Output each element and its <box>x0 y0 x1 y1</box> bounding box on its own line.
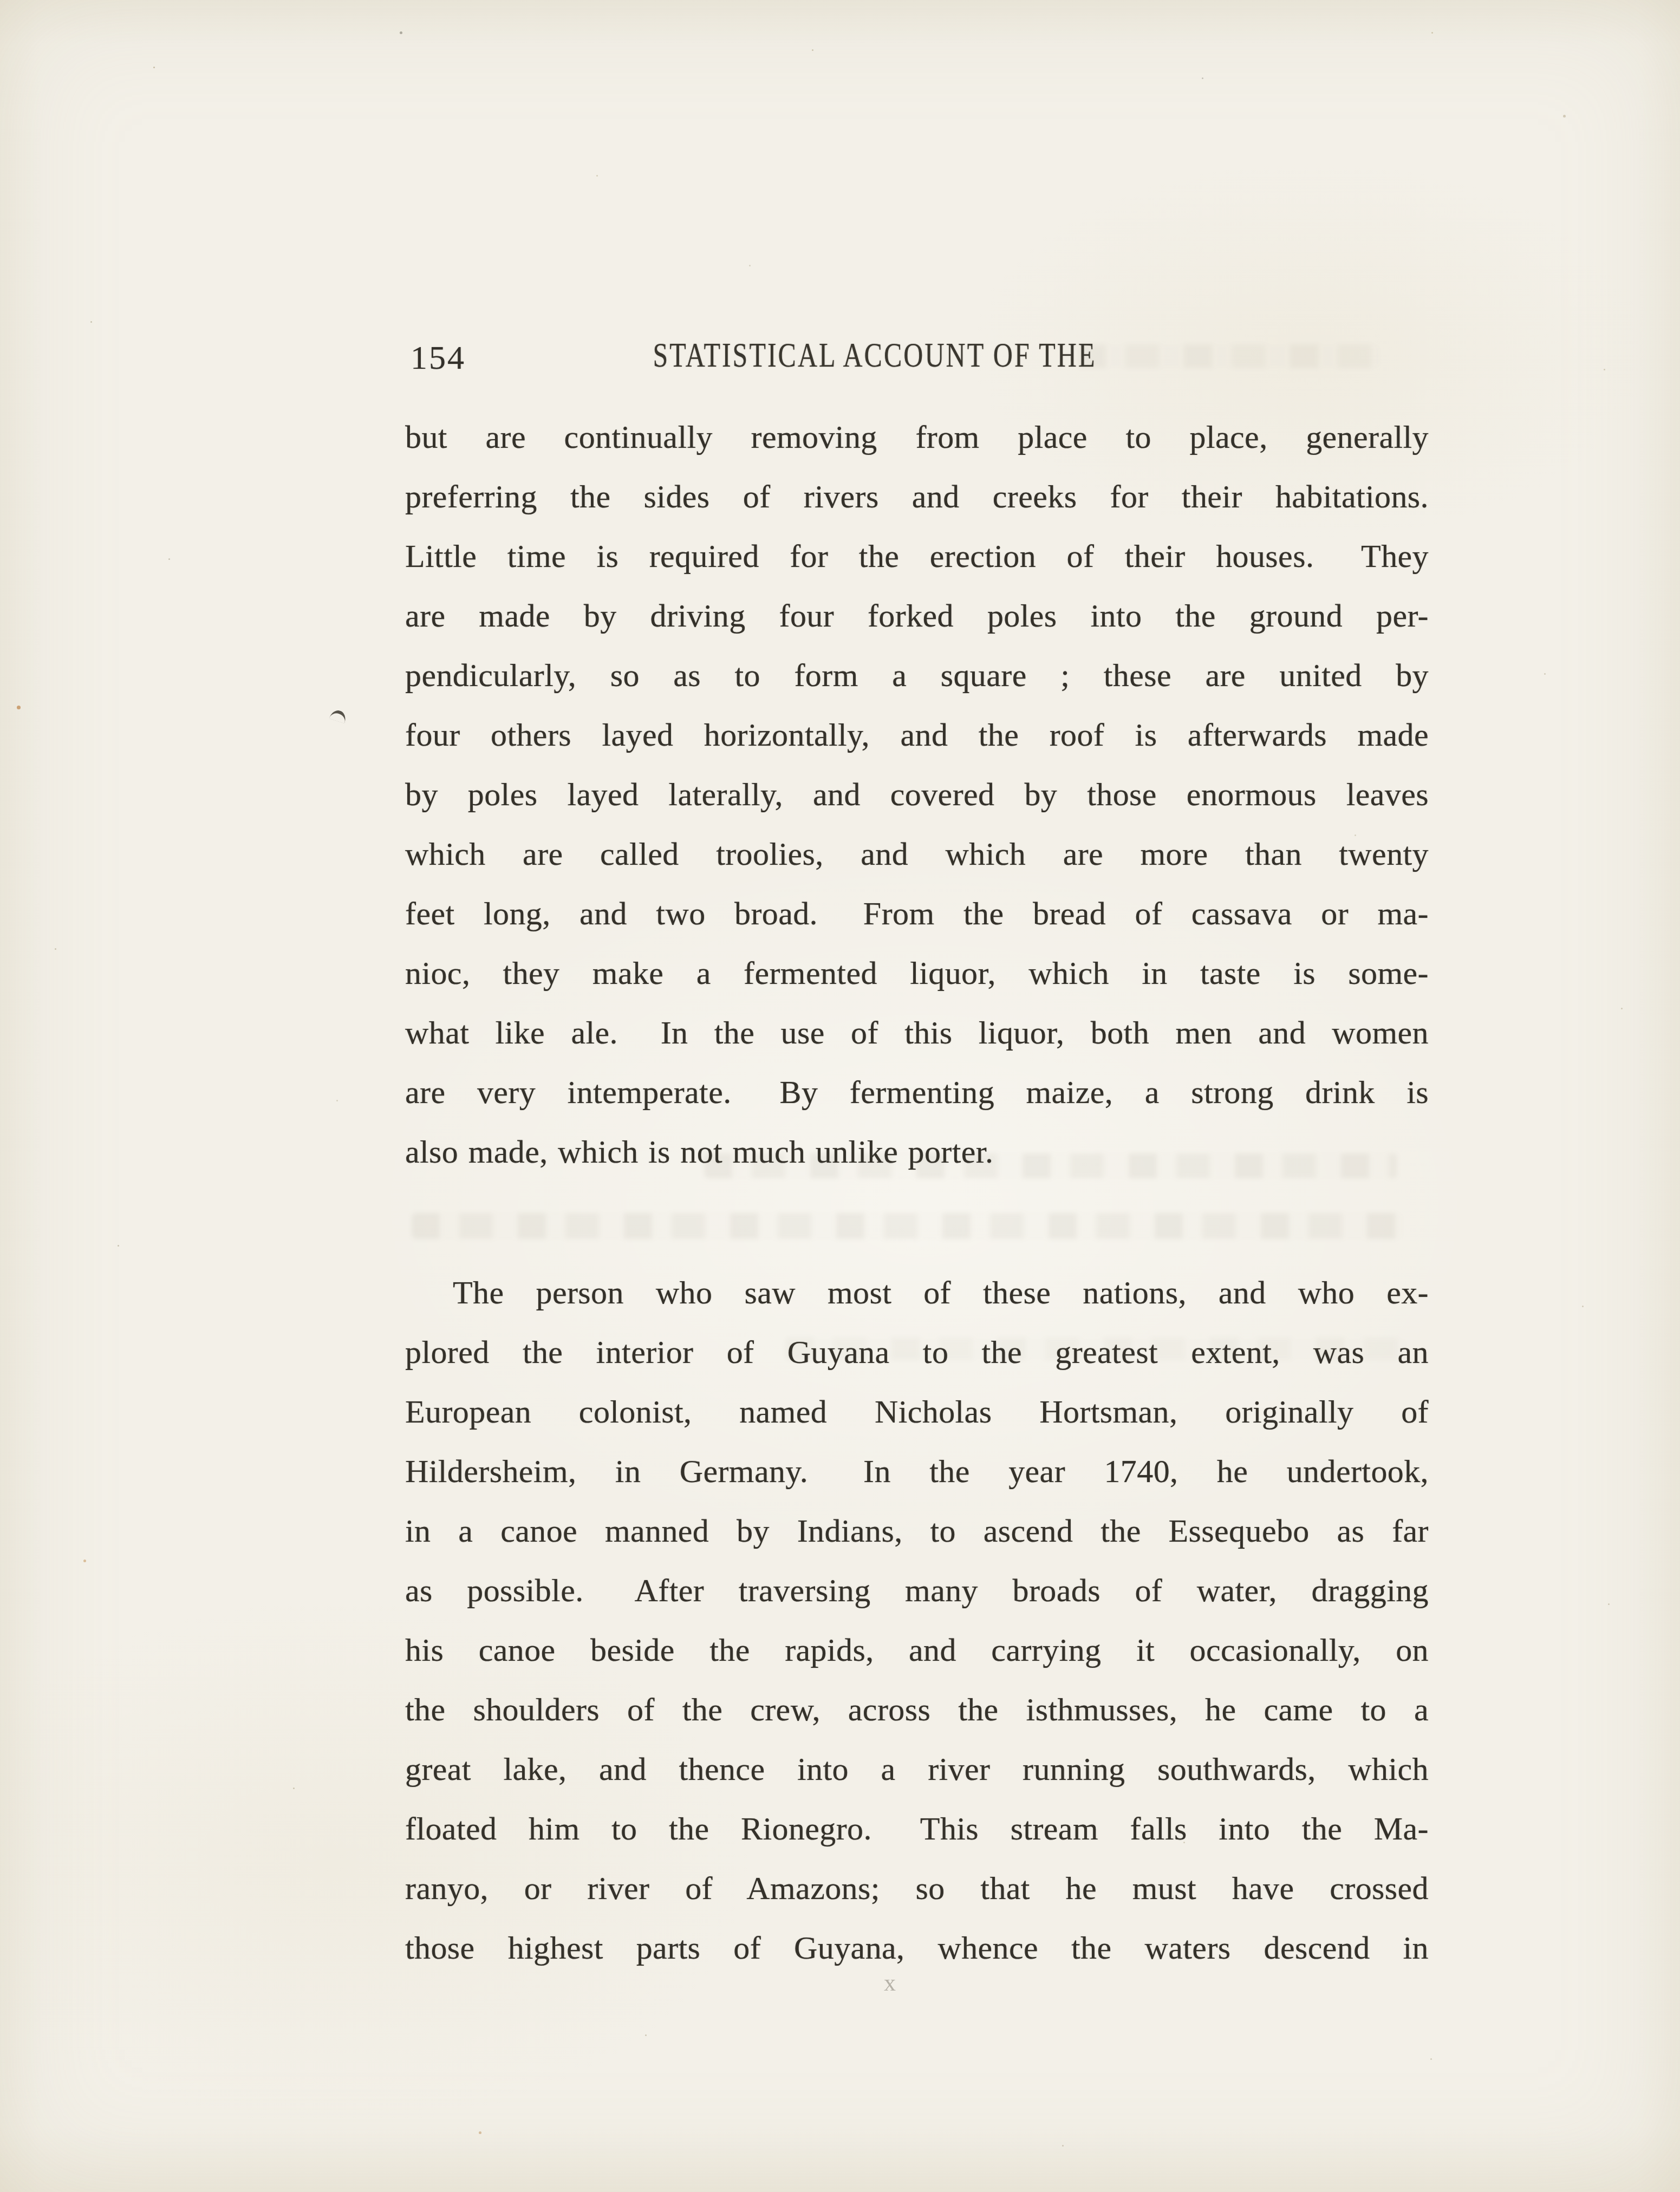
text-line: are made by driving four forked poles in… <box>405 586 1429 645</box>
text-line: by poles layed laterally, and covered by… <box>405 765 1429 824</box>
text-line: the shoulders of the crew, across the is… <box>405 1680 1429 1739</box>
text-line: Hildersheim, in Germany. In the year 174… <box>405 1441 1429 1501</box>
text-line: four others layed horizontally, and the … <box>405 705 1429 765</box>
text-line: what like ale. In the use of this liquor… <box>405 1003 1429 1062</box>
running-header: STATISTICAL ACCOUNT OF THE <box>653 335 1097 375</box>
margin-pen-mark <box>329 708 348 723</box>
text-line: Little time is required for the erection… <box>405 526 1429 586</box>
text-line: preferring the sides of rivers and creek… <box>405 467 1429 526</box>
text-line: European colonist, named Nicholas Hortsm… <box>405 1382 1429 1441</box>
text-line: plored the interior of Guyana to the gre… <box>405 1322 1429 1382</box>
book-page: 154 STATISTICAL ACCOUNT OF THE but are c… <box>0 0 1680 2192</box>
page-header: 154 STATISTICAL ACCOUNT OF THE <box>0 335 1680 383</box>
paragraph-gap <box>405 1182 1429 1263</box>
text-line: in a canoe manned by Indians, to ascend … <box>405 1501 1429 1561</box>
text-line: ranyo, or river of Amazons; so that he m… <box>405 1858 1429 1918</box>
text-line: as possible. After traversing many broad… <box>405 1561 1429 1620</box>
text-line: are very intemperate. By fermenting maiz… <box>405 1062 1429 1122</box>
page-body: but are continually removing from place … <box>405 407 1429 1978</box>
text-line: but are continually removing from place … <box>405 407 1429 467</box>
text-line: pendicularly, so as to form a square ; t… <box>405 645 1429 705</box>
text-line: The person who saw most of these nations… <box>405 1263 1429 1322</box>
page-number: 154 <box>411 339 466 377</box>
text-line: also made, which is not much unlike port… <box>405 1122 1429 1182</box>
text-line: his canoe beside the rapids, and carryin… <box>405 1620 1429 1680</box>
paragraph-1: but are continually removing from place … <box>405 407 1429 1182</box>
text-line: nioc, they make a fermented liquor, whic… <box>405 943 1429 1003</box>
paragraph-2: The person who saw most of these nations… <box>405 1263 1429 1978</box>
signature-mark: x <box>884 1969 896 1997</box>
text-line: which are called troolies, and which are… <box>405 824 1429 884</box>
text-line: floated him to the Rionegro. This stream… <box>405 1799 1429 1858</box>
text-line: feet long, and two broad. From the bread… <box>405 884 1429 943</box>
text-line: great lake, and thence into a river runn… <box>405 1739 1429 1799</box>
text-line: those highest parts of Guyana, whence th… <box>405 1918 1429 1978</box>
